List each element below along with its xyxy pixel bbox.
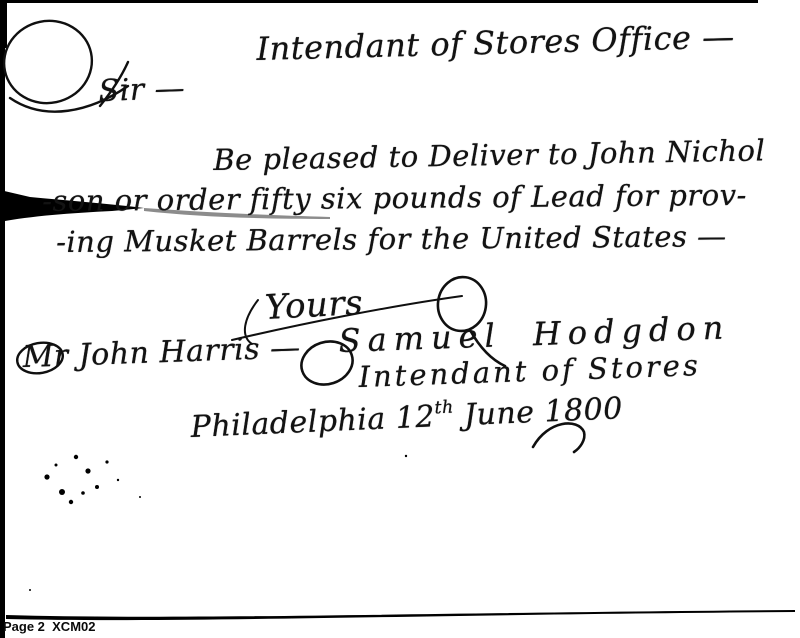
dateline-day: 12 [395, 399, 436, 436]
salutation: Sir — [98, 71, 186, 109]
dateline-ordinal: th [434, 397, 454, 418]
dateline-month-year: June 1800 [463, 391, 623, 433]
scan-bottom-line [6, 610, 795, 620]
page-label: Page 2 XCM02 [3, 619, 96, 634]
body-line: -son or order fifty six pounds of Lead f… [42, 178, 747, 218]
ink-specks [29, 455, 407, 591]
body-line: -ing Musket Barrels for the United State… [56, 219, 727, 259]
